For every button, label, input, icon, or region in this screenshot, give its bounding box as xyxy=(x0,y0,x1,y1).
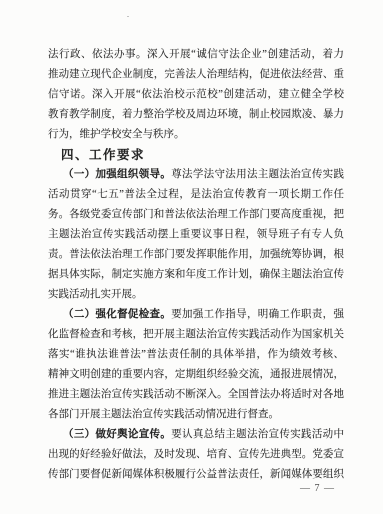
body-text: 尊法学法守法用法主题法治宣传实践 xyxy=(171,169,344,180)
body-text: 出现的好经验好做法，及时发现、培育、宣传先进典型。党委宣 xyxy=(48,449,344,460)
document-page: 法行政、依法办事。深入开展“诚信守法企业”创建活动，着力推动建立现代企业制度，完… xyxy=(0,0,383,514)
text-line: （二）强化督促检查。要加强工作指导，明确工作职责，强 xyxy=(48,305,344,325)
text-line: （三）做好舆论宣传。要认真总结主题法治宣传实践活动中 xyxy=(48,425,344,445)
body-text: 活动贯穿“七五”普法全过程，是法治宣传教育一项长期工作任 xyxy=(48,189,344,200)
text-line: 教育教学制度，着力整治学校及周边环境，制止校园欺凌、暴力 xyxy=(48,105,344,125)
body-text: 主题法治宣传实践活动摆上重要议事日程，领导班子有专人负 xyxy=(48,229,344,240)
body-text: 推动建立现代企业制度，完善法人治理结构，促进依法经营、重 xyxy=(48,69,344,80)
text-line: 务。各级党委宣传部门和普法依法治理工作部门要高度重视，把 xyxy=(48,205,344,225)
body-text: 信守诺。深入开展“依法治校示范校”创建活动，建立健全学校 xyxy=(48,89,344,100)
text-line: 出现的好经验好做法，及时发现、培育、宣传先进典型。党委宣 xyxy=(48,445,344,465)
emphasis-text: （二）强化督促检查。 xyxy=(63,309,171,320)
text-line: 据具体实际，制定实施方案和年度工作计划，确保主题法治宣传 xyxy=(48,265,344,285)
body-text: 各部门开展主题法治宣传实践活动情况进行督查。 xyxy=(48,409,279,420)
text-line: 精神文明创建的重要内容，定期组织经验交流，通报进展情况， xyxy=(48,365,344,385)
document-body: 法行政、依法办事。深入开展“诚信守法企业”创建活动，着力推动建立现代企业制度，完… xyxy=(48,45,344,485)
body-text: 务。各级党委宣传部门和普法依法治理工作部门要高度重视，把 xyxy=(48,209,344,220)
scan-artifact xyxy=(127,16,129,17)
body-text: 推进主题法治宣传实践活动不断深入。全国普法办将适时对各地 xyxy=(48,389,344,400)
body-text: 要加强工作指导，明确工作职责，强 xyxy=(171,309,344,320)
body-text: 要认真总结主题法治宣传实践活动中 xyxy=(171,429,344,440)
text-line: 法行政、依法办事。深入开展“诚信守法企业”创建活动，着力 xyxy=(48,45,344,65)
body-text: 行为，维护学校安全与秩序。 xyxy=(48,129,185,140)
body-text: 实践活动扎实开展。 xyxy=(48,289,143,300)
body-text: 化监督检查和考核，把开展主题法治宣传实践活动作为国家机关 xyxy=(48,329,344,340)
text-line: 信守诺。深入开展“依法治校示范校”创建活动，建立健全学校 xyxy=(48,85,344,105)
body-text: 责。普法依法治理工作部门要发挥职能作用，加强统筹协调，根 xyxy=(48,249,344,260)
emphasis-text: （一）加强组织领导。 xyxy=(63,169,171,180)
body-text: 落实“谁执法谁普法”普法责任制的具体举措，作为绩效考核、 xyxy=(48,349,344,360)
text-line: 活动贯穿“七五”普法全过程，是法治宣传教育一项长期工作任 xyxy=(48,185,344,205)
text-line: 化监督检查和考核，把开展主题法治宣传实践活动作为国家机关 xyxy=(48,325,344,345)
text-line: （一）加强组织领导。尊法学法守法用法主题法治宣传实践 xyxy=(48,165,344,185)
text-line: 主题法治宣传实践活动摆上重要议事日程，领导班子有专人负 xyxy=(48,225,344,245)
text-line: 责。普法依法治理工作部门要发挥职能作用，加强统筹协调，根 xyxy=(48,245,344,265)
body-text: 传部门要督促新闻媒体积极履行公益普法责任，新闻媒体要组织 xyxy=(48,469,344,480)
emphasis-text: （三）做好舆论宣传。 xyxy=(63,429,171,440)
text-line: 行为，维护学校安全与秩序。 xyxy=(48,125,344,145)
page-number: — 7 — xyxy=(300,482,335,496)
body-text: 教育教学制度，着力整治学校及周边环境，制止校园欺凌、暴力 xyxy=(48,109,344,120)
body-text: 据具体实际，制定实施方案和年度工作计划，确保主题法治宣传 xyxy=(48,269,344,280)
emphasis-text: 四、工作要求 xyxy=(61,148,145,162)
text-line: 实践活动扎实开展。 xyxy=(48,285,344,305)
text-line: 落实“谁执法谁普法”普法责任制的具体举措，作为绩效考核、 xyxy=(48,345,344,365)
text-line: 各部门开展主题法治宣传实践活动情况进行督查。 xyxy=(48,405,344,425)
body-text: 精神文明创建的重要内容，定期组织经验交流，通报进展情况， xyxy=(48,369,344,380)
body-text: 法行政、依法办事。深入开展“诚信守法企业”创建活动，着力 xyxy=(48,49,344,60)
text-line: 推进主题法治宣传实践活动不断深入。全国普法办将适时对各地 xyxy=(48,385,344,405)
section-heading: 四、工作要求 xyxy=(48,145,344,165)
text-line: 推动建立现代企业制度，完善法人治理结构，促进依法经营、重 xyxy=(48,65,344,85)
